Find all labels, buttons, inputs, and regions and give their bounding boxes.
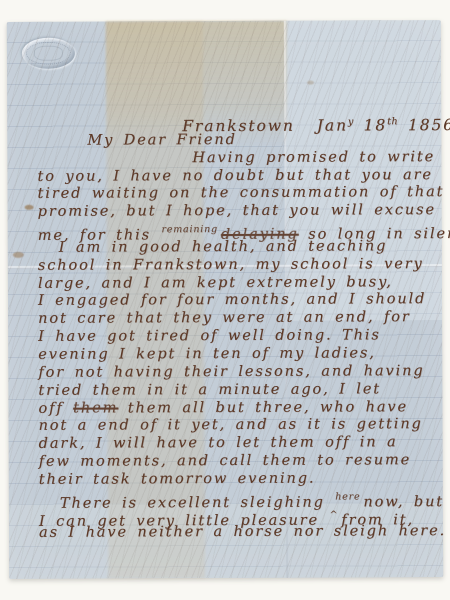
letter-handwriting: FrankstownJany 18th 1856My Dear FriendHa…	[37, 113, 437, 543]
letter-line: I have got tired of well doing. This	[38, 327, 436, 347]
letter-line: to you, I have no doubt but that you are	[37, 167, 435, 187]
foxing-speck	[13, 252, 24, 258]
handwritten-text: th	[387, 116, 398, 127]
handwritten-text: few moments, and call them to resume	[39, 452, 411, 470]
letter-line: not care that they were at an end, for	[38, 309, 436, 329]
foxing-speck	[25, 205, 34, 210]
struck-out-word: them	[73, 400, 118, 416]
handwritten-text: Having promised to write	[192, 149, 435, 166]
letter-line: few moments, and call them to resume	[39, 452, 437, 472]
letter-line: I engaged for four months, and I should	[38, 292, 436, 312]
handwritten-text: Jan	[317, 116, 348, 134]
letter-line: their task tomorrow evening.	[39, 470, 437, 490]
handwritten-text: not a end of it yet, and as it is gettin…	[39, 416, 423, 434]
inserted-word: ^	[329, 509, 338, 520]
inserted-word: remaining	[161, 224, 217, 235]
handwritten-text: their task tomorrow evening.	[39, 470, 316, 487]
photo-background: FrankstownJany 18th 1856My Dear FriendHa…	[0, 0, 450, 600]
handwritten-text: I have got tired of well doing. This	[38, 327, 381, 344]
letter-line: me, for this remainingdelaying so long i…	[38, 220, 436, 240]
letter-line: off them them all but three, who have	[38, 399, 436, 419]
letter-line: FrankstownJany 18th 1856	[182, 113, 435, 132]
embossed-oval-seal-icon	[22, 38, 75, 69]
handwritten-text: evening I kept in ten of my ladies,	[38, 345, 376, 362]
letter-line: There is excellent sleighing herenow, bu…	[60, 488, 437, 507]
handwritten-text: promise, but I hope, that you will excus…	[38, 202, 436, 220]
handwritten-text: tried them in it a minute ago, I let	[38, 381, 381, 398]
letter-line: dark, I will have to let them off in a	[39, 434, 437, 454]
letter-line: tried them in it a minute ago, I let	[38, 381, 436, 401]
handwritten-text: school in Frankstown, my school is very	[38, 256, 424, 274]
inserted-word: here	[335, 491, 360, 502]
handwritten-text: My Dear Friend	[87, 132, 237, 149]
handwritten-text: I engaged for four months, and I should	[38, 292, 426, 310]
letter-line: for not having their lessons, and having	[38, 363, 436, 383]
foxing-speck	[307, 81, 314, 85]
handwritten-text: off	[38, 400, 73, 416]
letter-line: Having promised to write	[192, 149, 435, 168]
letter-line: as I have neither a horse nor sleigh her…	[39, 523, 437, 543]
letter-line: not a end of it yet, and as it is gettin…	[39, 416, 437, 436]
handwritten-text: not care that they were at an end, for	[38, 309, 411, 327]
letter-line: promise, but I hope, that you will excus…	[38, 202, 436, 222]
handwritten-text: large, and I am kept extremely busy,	[38, 274, 393, 292]
letter-line: school in Frankstown, my school is very	[38, 256, 436, 276]
handwritten-text: 18	[354, 116, 387, 134]
handwritten-text: them all but three, who have	[118, 399, 408, 416]
letter-line: I can get very little pleasure ^from it,	[39, 506, 437, 526]
handwritten-text: tired waiting on the consummation of tha…	[38, 184, 445, 202]
letter-line: tired waiting on the consummation of tha…	[38, 184, 436, 204]
handwritten-text: to you, I have no doubt but that you are	[37, 167, 432, 185]
letter-paper: FrankstownJany 18th 1856My Dear FriendHa…	[7, 20, 443, 579]
handwritten-text: for not having their lessons, and having	[38, 363, 424, 381]
letter-line: large, and I am kept extremely busy,	[38, 274, 436, 294]
letter-line: evening I kept in ten of my ladies,	[38, 345, 436, 365]
struck-out-word: delaying	[221, 227, 299, 243]
handwritten-text: dark, I will have to let them off in a	[39, 434, 398, 452]
handwritten-text: as I have neither a horse nor sleigh her…	[39, 523, 446, 541]
handwritten-text: 1856	[398, 116, 450, 134]
